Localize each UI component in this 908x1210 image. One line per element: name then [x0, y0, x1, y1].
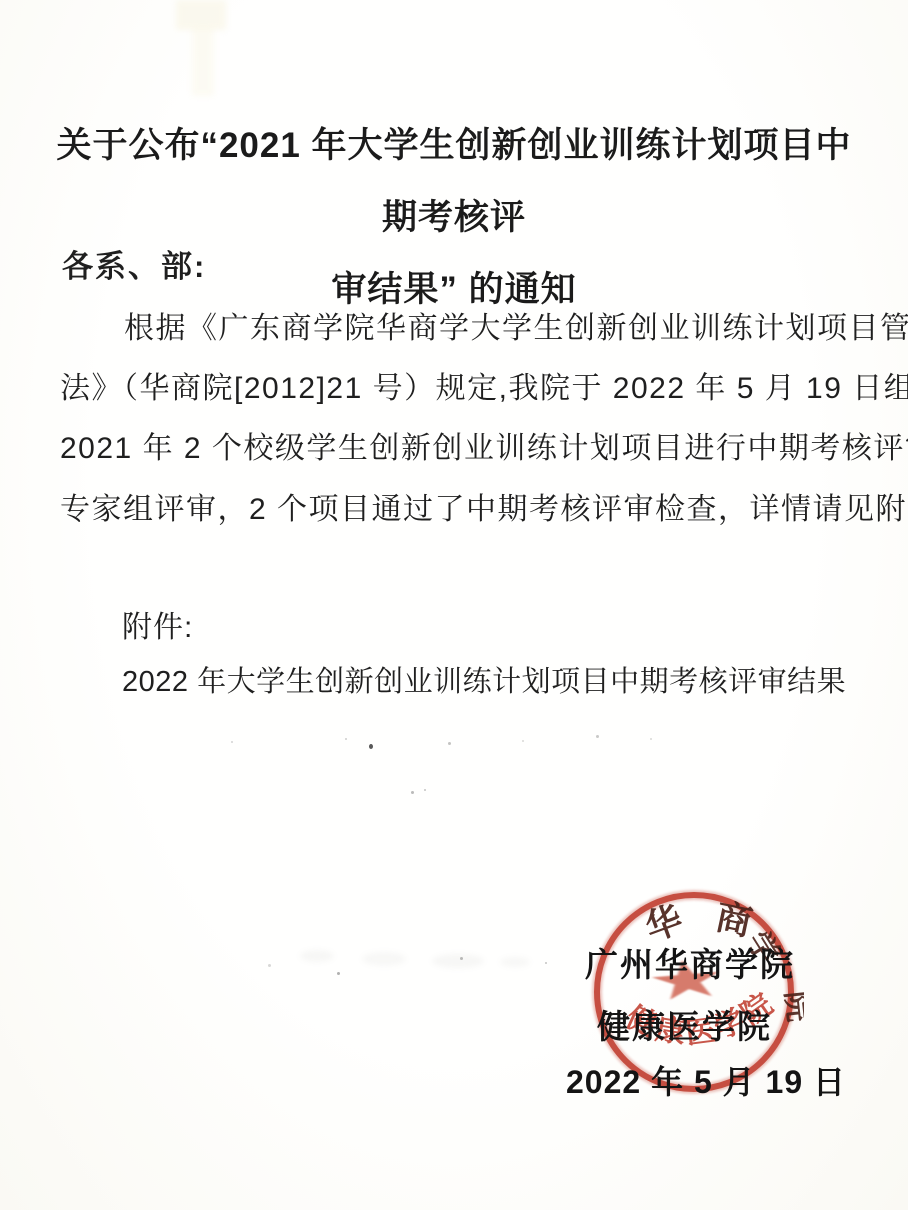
scan-speck [345, 738, 347, 740]
salutation: 各系、部: [62, 241, 206, 286]
body-line: 法》（华商院[2012]21 号）规定,我院于 2022 年 5 月 19 日组… [60, 363, 860, 407]
scan-smudge [500, 957, 530, 967]
scan-speck [448, 742, 451, 745]
attachment-title: 2022 年大学生创新创业训练计划项目中期考核评审结果 [122, 659, 846, 700]
document-page: 关于公布“2021 年大学生创新创业训练计划项目中期考核评 审结果” 的通知 各… [0, 0, 908, 1210]
scan-speck [231, 741, 233, 743]
scan-smudge [300, 950, 334, 962]
scan-speck [268, 964, 271, 967]
scan-speck [596, 735, 599, 738]
signature-date: 2022 年 5 月 19 日 [566, 1057, 846, 1103]
scan-speck [337, 972, 340, 975]
signature-organization: 广州华商学院 [585, 939, 795, 986]
scan-smudge [362, 952, 406, 966]
scan-speck [650, 738, 652, 740]
body-line: 2021 年 2 个校级学生创新创业训练计划项目进行中期考核评审。经 [60, 423, 860, 467]
scan-speck [411, 791, 414, 794]
notice-title-line-1: 关于公布“2021 年大学生创新创业训练计划项目中期考核评 [40, 110, 868, 254]
signature-department: 健康医学院 [597, 1001, 772, 1048]
scan-speck [369, 744, 373, 749]
scan-speck [522, 740, 524, 742]
scan-speck [424, 789, 426, 791]
body-line: 专家组评审，2 个项目通过了中期考核评审检查，详情请见附件。 [60, 484, 860, 528]
seal-arc-char-top-right: 商 [712, 896, 756, 944]
notice-title: 关于公布“2021 年大学生创新创业训练计划项目中期考核评 审结果” 的通知 [40, 110, 868, 326]
seal-arc-char-right-lower: 院 [779, 989, 804, 1023]
scan-speck [545, 962, 547, 964]
scan-artifact [192, 26, 214, 96]
scan-smudge [432, 954, 484, 968]
body-line: 根据《广东商学院华商学大学生创新创业训练计划项目管理办 [124, 303, 908, 347]
attachment-label: 附件: [122, 602, 193, 646]
